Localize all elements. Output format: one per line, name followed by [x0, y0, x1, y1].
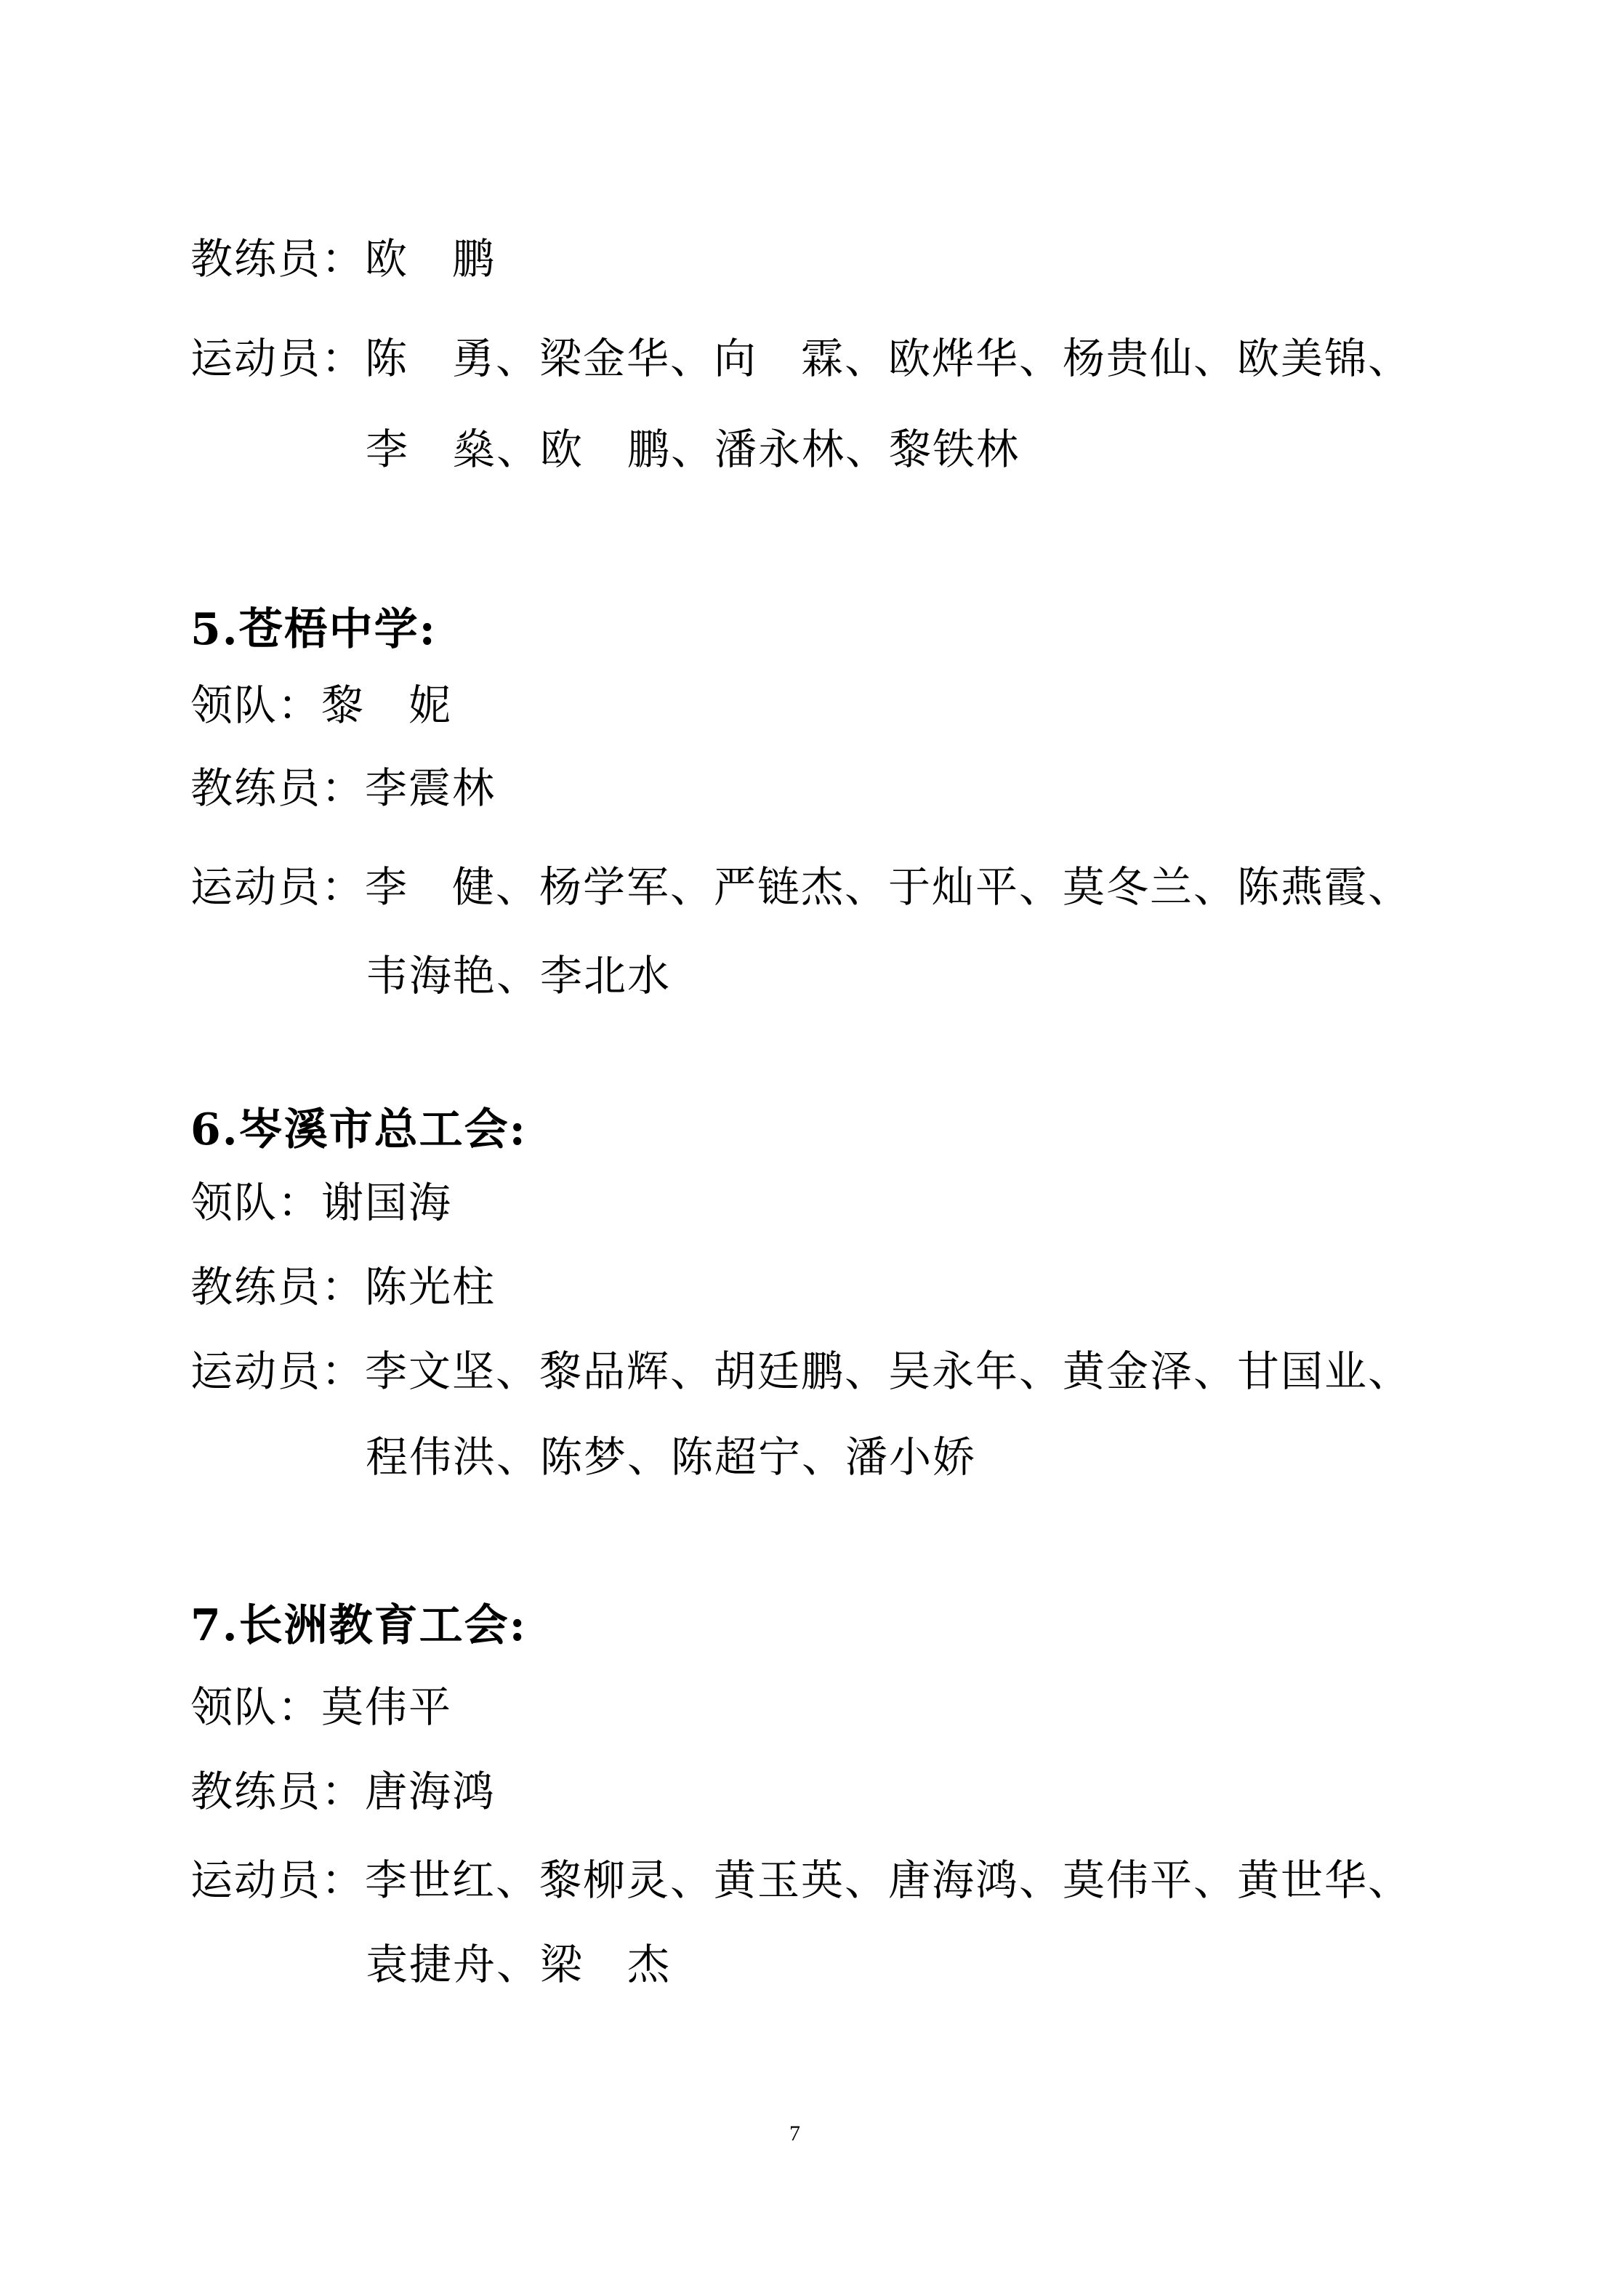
leader-label: 领队：: [190, 681, 321, 730]
section-heading: 6.岑溪市总工会:: [190, 1108, 527, 1152]
leader-line: 领队：谢国海: [190, 1181, 452, 1224]
athletes-names: 李世红、黎柳灵、黄玉英、唐海鸿、莫伟平、黄世华、: [365, 1855, 1411, 1905]
leader-line: 领队：黎 妮: [190, 683, 452, 727]
leader-line: 领队：莫伟平: [190, 1685, 452, 1729]
leader-name: 黎 妮: [321, 681, 452, 730]
athletes-continuation: 程伟洪、陈梦、陈超宁、潘小娇: [366, 1435, 976, 1479]
leader-name: 谢国海: [321, 1178, 452, 1227]
athletes-label: 运动员：: [190, 862, 365, 912]
athletes-continuation: 袁捷舟、梁 杰: [366, 1943, 671, 1986]
athletes-label: 运动员：: [190, 1855, 365, 1905]
coach-name: 欧 鹏: [365, 234, 496, 284]
athletes-names: 韦海艳、李北水: [366, 951, 671, 1000]
section-heading: 7.长洲教育工会:: [190, 1604, 527, 1647]
athletes-names: 陈 勇、梁金华、向 霖、欧烨华、杨贵仙、欧美锦、: [365, 334, 1411, 383]
leader-label: 领队：: [190, 1682, 321, 1732]
athletes-continuation: 李 燊、欧 鹏、潘永林、黎铁林: [366, 428, 1020, 471]
athletes-label: 运动员：: [190, 1346, 365, 1396]
athletes-line: 运动员：李世红、黎柳灵、黄玉英、唐海鸿、莫伟平、黄世华、: [190, 1858, 1411, 1902]
coach-line: 教练员：欧 鹏: [190, 237, 496, 281]
leader-label: 领队：: [190, 1178, 321, 1227]
athletes-label: 运动员：: [190, 334, 365, 383]
coach-name: 唐海鸿: [365, 1767, 496, 1816]
athletes-names: 李 健、杨学军、严链杰、于灿平、莫冬兰、陈燕霞、: [365, 862, 1411, 912]
page-number: 7: [789, 2122, 800, 2146]
coach-line: 教练员：李震林: [190, 766, 496, 810]
coach-label: 教练员：: [190, 234, 365, 284]
leader-name: 莫伟平: [321, 1682, 452, 1732]
coach-name: 李震林: [365, 763, 496, 813]
athletes-names: 程伟洪、陈梦、陈超宁、潘小娇: [366, 1432, 976, 1482]
coach-line: 教练员：陈光柱: [190, 1265, 496, 1309]
section-heading: 5.苍梧中学:: [190, 608, 437, 651]
athletes-names: 李 燊、欧 鹏、潘永林、黎铁林: [366, 425, 1020, 474]
athletes-line: 运动员：李文坚、黎品辉、胡廷鹏、吴永年、黄金泽、甘国业、: [190, 1349, 1411, 1393]
athletes-names: 袁捷舟、梁 杰: [366, 1940, 671, 1989]
coach-label: 教练员：: [190, 1767, 365, 1816]
athletes-line: 运动员：李 健、杨学军、严链杰、于灿平、莫冬兰、陈燕霞、: [190, 865, 1411, 909]
coach-label: 教练员：: [190, 763, 365, 813]
athletes-line: 运动员：陈 勇、梁金华、向 霖、欧烨华、杨贵仙、欧美锦、: [190, 337, 1411, 380]
athletes-names: 李文坚、黎品辉、胡廷鹏、吴永年、黄金泽、甘国业、: [365, 1346, 1411, 1396]
athletes-continuation: 韦海艳、李北水: [366, 954, 671, 998]
coach-line: 教练员：唐海鸿: [190, 1770, 496, 1813]
coach-name: 陈光柱: [365, 1262, 496, 1312]
coach-label: 教练员：: [190, 1262, 365, 1312]
